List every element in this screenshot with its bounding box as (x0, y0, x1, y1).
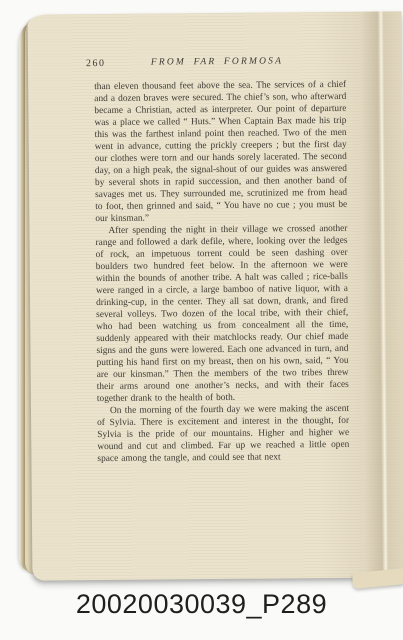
running-title: FROM FAR FORMOSA (151, 56, 283, 67)
paragraph-1: than eleven thousand feet above the sea.… (94, 79, 347, 225)
archive-id-caption: 20020030039_P289 (0, 589, 403, 620)
paragraph-3: On the morning of the fourth day we were… (97, 403, 350, 465)
book-page: 260 FROM FAR FORMOSA than eleven thousan… (28, 11, 403, 580)
body-text: than eleven thousand feet above the sea.… (94, 79, 349, 465)
facing-page-edge (352, 568, 403, 589)
page-number: 260 (86, 58, 106, 69)
page-header: 260 FROM FAR FORMOSA (86, 56, 348, 71)
scanned-book-photo: 260 FROM FAR FORMOSA than eleven thousan… (0, 0, 403, 640)
paragraph-2: After spending the night in their villag… (95, 223, 349, 405)
